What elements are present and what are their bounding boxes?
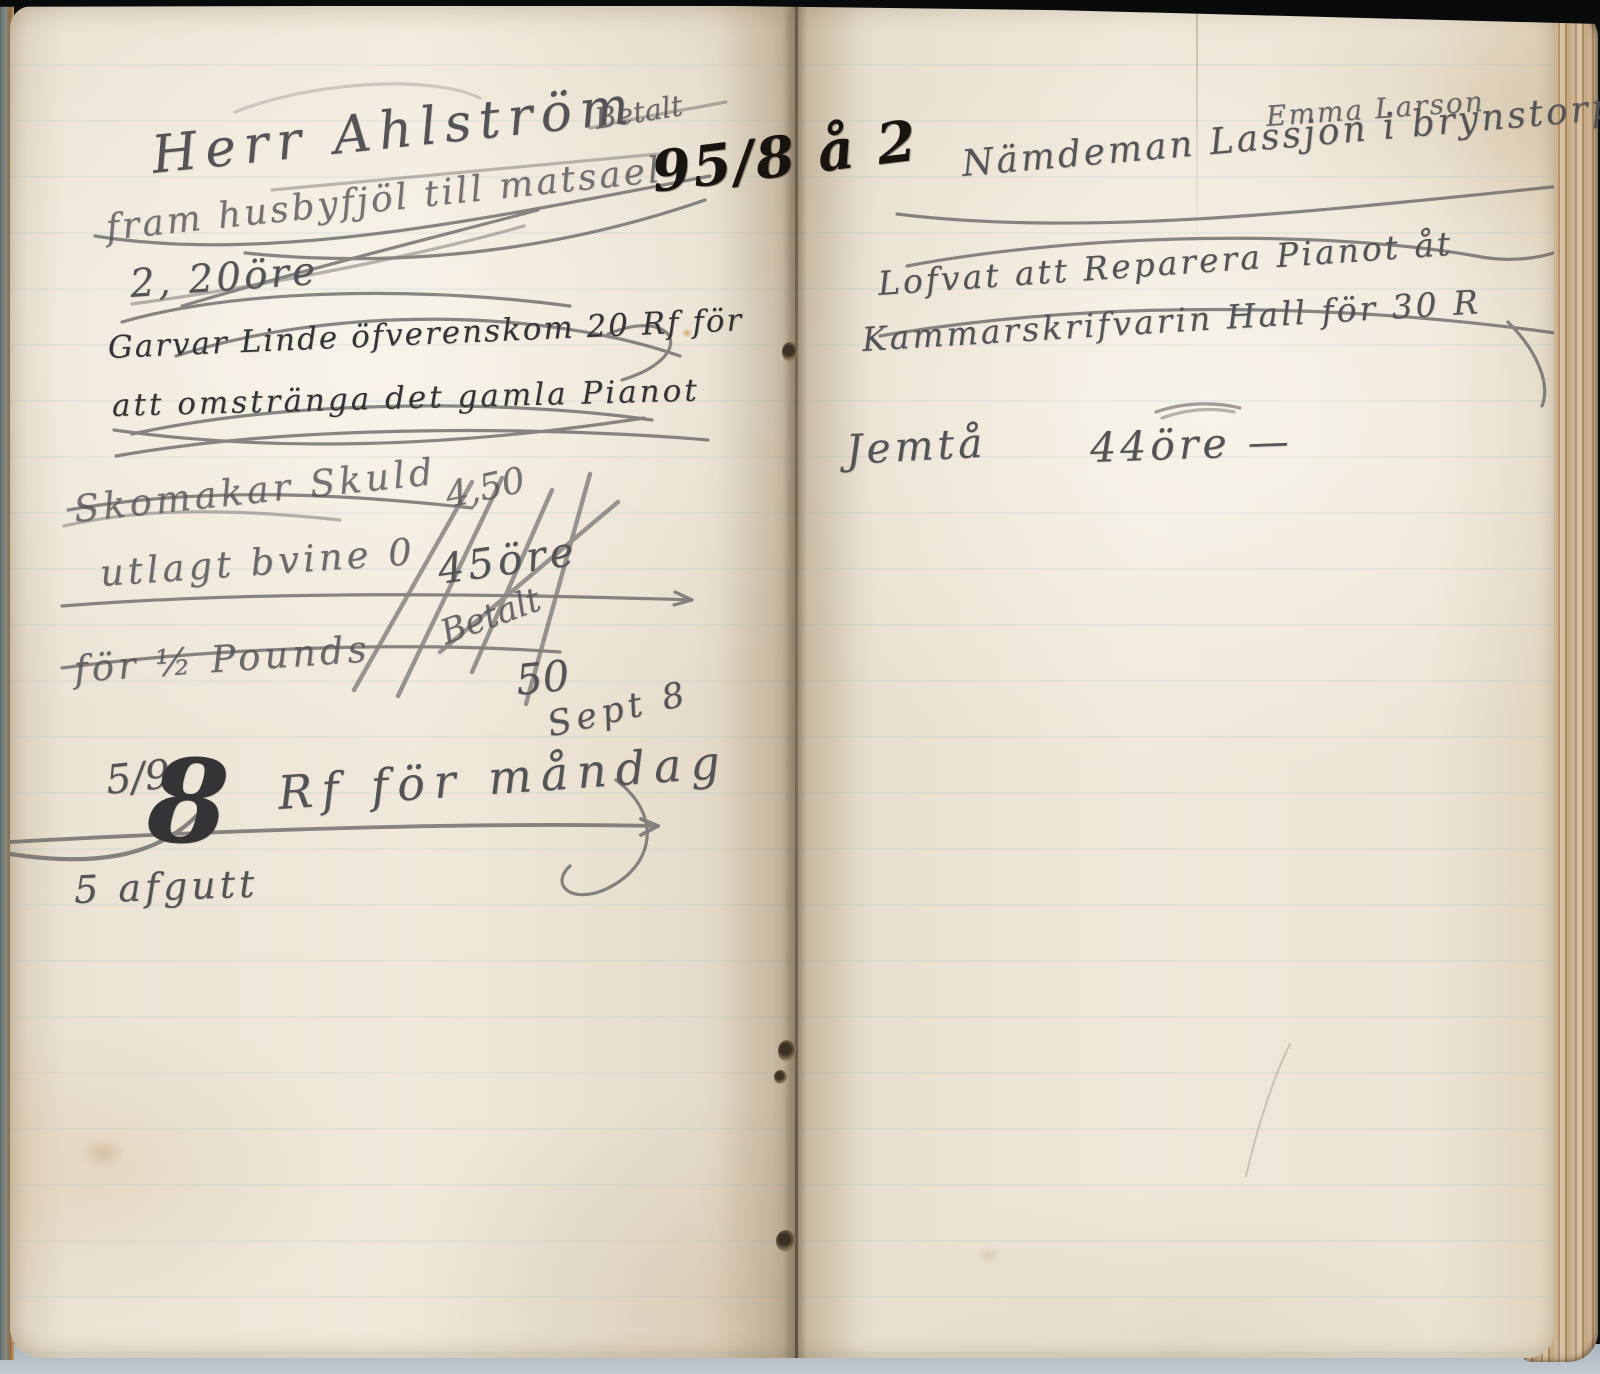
notebook-scan: Betalt Herr Ahlström 95/8 å 2 fram husby… [0,0,1600,1374]
paper-stain [976,1246,1002,1264]
book-fold-line [795,6,798,1358]
ruled-lines-right [790,6,1554,1358]
handwriting-big-figure: 8 [144,732,232,872]
handwriting-right-row4-amount: 44öre — [1089,417,1293,472]
stitch-hole [782,342,798,362]
right-page [790,6,1554,1358]
handwriting-row11: 5 afgutt [73,862,259,912]
notebook-spread: Betalt Herr Ahlström 95/8 å 2 fram husby… [10,6,1554,1358]
stitch-hole [774,1070,787,1084]
handwriting-right-row4: Jemtå [845,419,988,474]
handwriting-row8-amount: 50 [513,651,571,705]
paper-stain [80,1136,126,1170]
stitch-hole [778,1040,796,1062]
stitch-hole [776,1230,796,1252]
